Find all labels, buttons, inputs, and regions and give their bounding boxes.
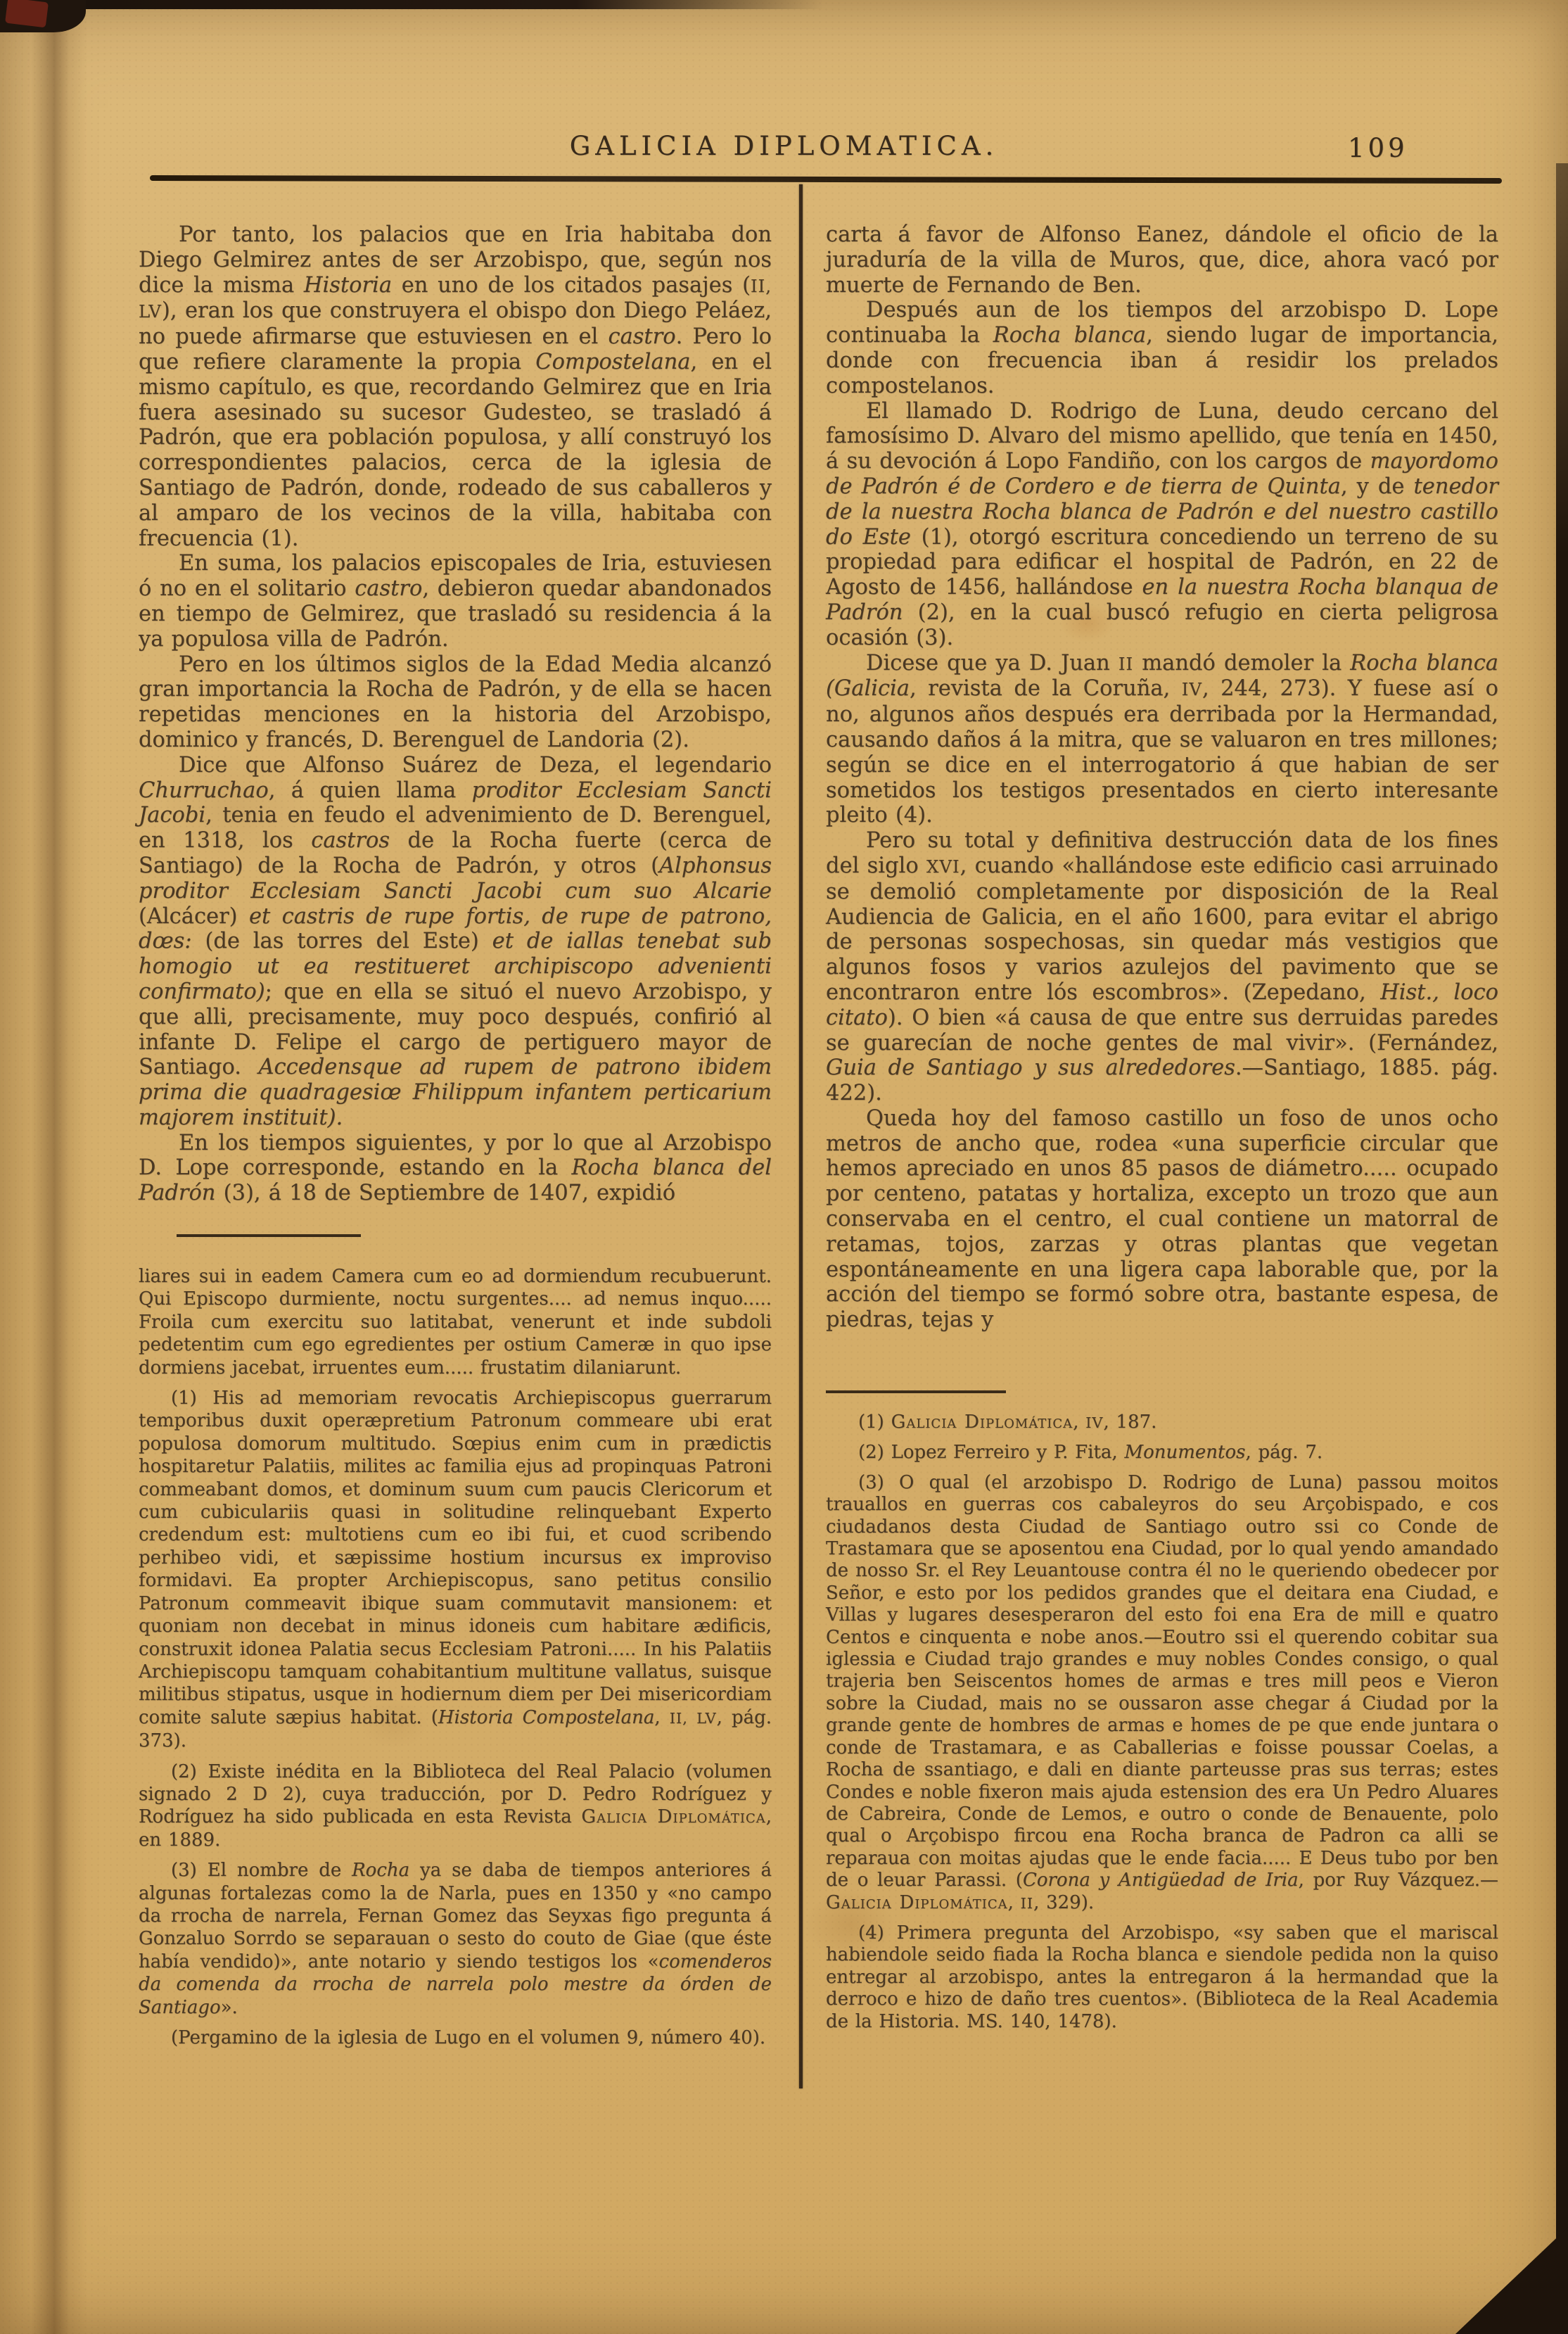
footnote-paragraph: (2) Existe inédita en la Biblioteca del … [139, 1761, 772, 1852]
right-column-footnotes: (1) Galicia Diplomática, IV, 187.(2) Lop… [826, 1412, 1498, 2033]
footnote-paragraph: (3) El nombre de Rocha ya se daba de tie… [139, 1859, 772, 2019]
book-gutter-shadow [31, 0, 87, 2334]
footnote-paragraph: (3) O qual (el arzobispo D. Rodrigo de L… [826, 1472, 1498, 1915]
text-paragraph: En suma, los palacios episcopales de Iri… [139, 551, 772, 652]
scan-edge-right [1556, 163, 1568, 2334]
text-paragraph: Dicese que ya D. Juan II mandó demoler l… [826, 651, 1498, 829]
left-column-main-text: Por tanto, los palacios que en Iria habi… [139, 222, 772, 1206]
page-paper: GALICIA DIPLOMATICA. 109 Por tanto, los … [0, 0, 1568, 2334]
binding-red-mark [5, 0, 49, 27]
scan-edge-top [0, 0, 823, 9]
text-paragraph: Pero su total y definitiva destrucción d… [826, 828, 1498, 1106]
text-paragraph: carta á favor de Alfonso Eanez, dándole … [826, 222, 1498, 298]
text-paragraph: Queda hoy del famoso castillo un foso de… [826, 1106, 1498, 1333]
footnote-paragraph: (1) Galicia Diplomática, IV, 187. [826, 1412, 1498, 1434]
footnote-separator-left [177, 1234, 361, 1237]
page-title: GALICIA DIPLOMATICA. [0, 131, 1568, 161]
footnote-paragraph: (Pergamino de la iglesia de Lugo en el v… [139, 2027, 772, 2049]
right-column-main-text: carta á favor de Alfonso Eanez, dándole … [826, 222, 1498, 1333]
footnote-paragraph: (2) Lopez Ferreiro y P. Fita, Monumentos… [826, 1442, 1498, 1464]
footnote-separator-right [826, 1390, 1006, 1393]
text-paragraph: Por tanto, los palacios que en Iria habi… [139, 222, 772, 551]
footnote-paragraph: liares sui in eadem Camera cum eo ad dor… [139, 1265, 772, 1379]
footnote-paragraph: (1) His ad memoriam revocatis Archiepisc… [139, 1387, 772, 1753]
left-column-footnotes: liares sui in eadem Camera cum eo ad dor… [139, 1265, 772, 2049]
text-paragraph: En los tiempos siguientes, y por lo que … [139, 1131, 772, 1206]
text-paragraph: El llamado D. Rodrigo de Luna, deudo cer… [826, 399, 1498, 651]
header-rule [150, 175, 1502, 184]
text-paragraph: Después aun de los tiempos del arzobispo… [826, 298, 1498, 398]
footnote-paragraph: (4) Primera pregunta del Arzobispo, «sy … [826, 1922, 1498, 2033]
page-number: 109 [1348, 133, 1408, 163]
text-paragraph: Dice que Alfonso Suárez de Deza, el lege… [139, 753, 772, 1131]
text-paragraph: Pero en los últimos siglos de la Edad Me… [139, 652, 772, 753]
column-divider-rule [799, 184, 803, 2088]
